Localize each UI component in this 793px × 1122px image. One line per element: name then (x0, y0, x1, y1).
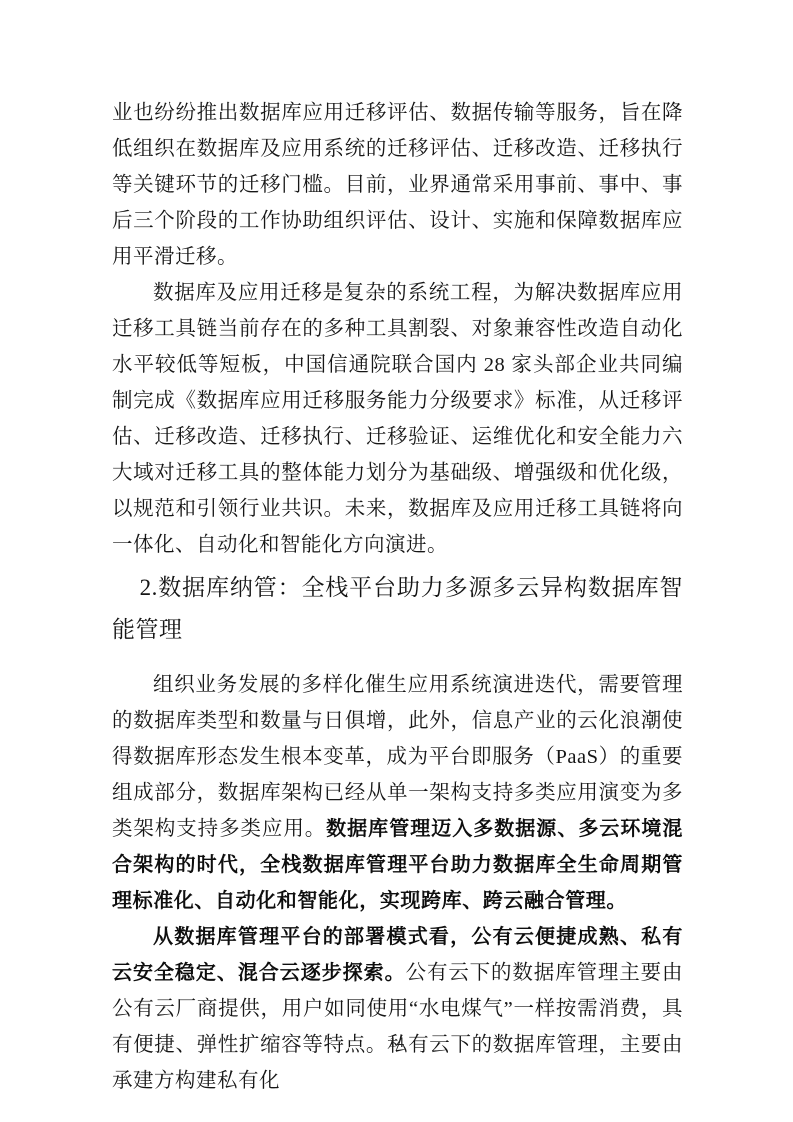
section-heading: 2.数据库纳管：全栈平台助力多源多云异构数据库智能管理 (112, 567, 683, 651)
page-footer: 14 (0, 1034, 793, 1052)
paragraph-database-management-era: 组织业务发展的多样化催生应用系统演进迭代，需要管理的数据库类型和数量与日俱增，此… (112, 667, 683, 919)
document-body: 业也纷纷推出数据库应用迁移评估、数据传输等服务，旨在降低组织在数据库及应用系统的… (112, 95, 683, 1099)
paragraph-migration-standard: 数据库及应用迁移是复杂的系统工程，为解决数据库应用迁移工具链当前存在的多种工具割… (112, 275, 683, 563)
page-number: 14 (389, 1035, 404, 1051)
text-run: 业也纷纷推出数据库应用迁移评估、数据传输等服务，旨在降低组织在数据库及应用系统的… (112, 102, 683, 268)
paragraph-deployment-models: 从数据库管理平台的部署模式看，公有云便捷成熟、私有云安全稳定、混合云逐步探索。公… (112, 919, 683, 1099)
text-run: 数据库及应用迁移是复杂的系统工程，为解决数据库应用迁移工具链当前存在的多种工具割… (112, 282, 683, 556)
text-run: 组织业务发展的多样化催生应用系统演进迭代，需要管理的数据库类型和数量与日俱增，此… (112, 674, 683, 840)
paragraph-migration-services-continuation: 业也纷纷推出数据库应用迁移评估、数据传输等服务，旨在降低组织在数据库及应用系统的… (112, 95, 683, 275)
document-page: 业也纷纷推出数据库应用迁移评估、数据传输等服务，旨在降低组织在数据库及应用系统的… (0, 0, 793, 1122)
section-heading-text: 2.数据库纳管：全栈平台助力多源多云异构数据库智能管理 (112, 575, 683, 642)
